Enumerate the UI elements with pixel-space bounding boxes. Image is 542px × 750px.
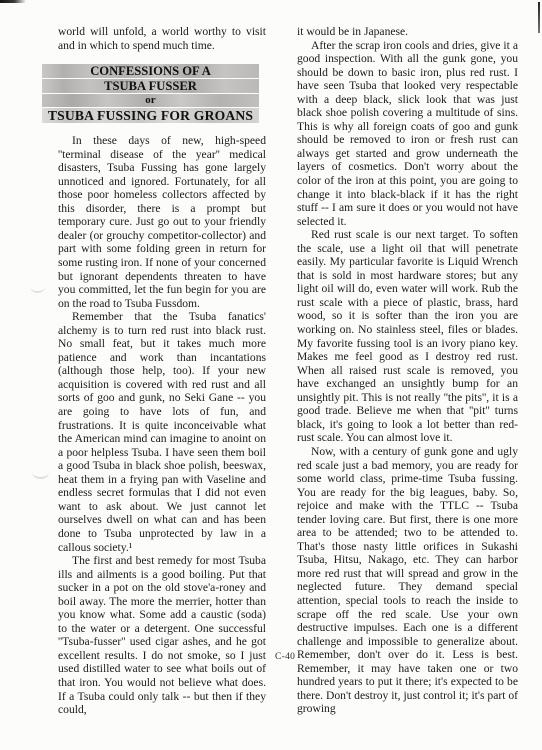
body-paragraph: Red rust scale is our next target. To so…	[297, 228, 518, 445]
heading-line-4: TSUBA FUSSING FOR GROANS	[42, 108, 259, 123]
heading-line-1: CONFESSIONS OF A	[42, 64, 259, 78]
body-paragraph: The first and best remedy for most Tsuba…	[58, 554, 266, 717]
scanned-page: world will unfold, a world worthy to vis…	[0, 0, 542, 750]
heading-line-3: or	[42, 94, 259, 107]
two-column-text-area: world will unfold, a world worthy to vis…	[58, 25, 520, 717]
pencil-mark-artifact	[30, 281, 45, 293]
body-paragraph: In these days of new, high-speed ''termi…	[58, 134, 266, 310]
body-paragraph: Now, with a century of gunk gone and ugl…	[297, 445, 518, 716]
article-heading-banner: CONFESSIONS OF A TSUBA FUSSER or TSUBA F…	[42, 64, 259, 123]
body-paragraph: After the scrap iron cools and dries, gi…	[297, 39, 518, 229]
carryover-paragraph: it would be in Japanese.	[297, 25, 518, 39]
carryover-paragraph: world will unfold, a world worthy to vis…	[58, 25, 266, 52]
scan-artifact-top-right	[538, 2, 540, 33]
left-column: world will unfold, a world worthy to vis…	[58, 25, 266, 717]
scan-artifact-top-left	[0, 0, 26, 3]
right-column: it would be in Japanese. After the scrap…	[297, 25, 518, 717]
pencil-mark-artifact	[32, 466, 49, 479]
heading-line-2: TSUBA FUSSER	[42, 79, 259, 93]
body-paragraph: Remember that the Tsuba fanatics' alchem…	[58, 310, 266, 554]
page-number: C-40	[275, 652, 295, 662]
